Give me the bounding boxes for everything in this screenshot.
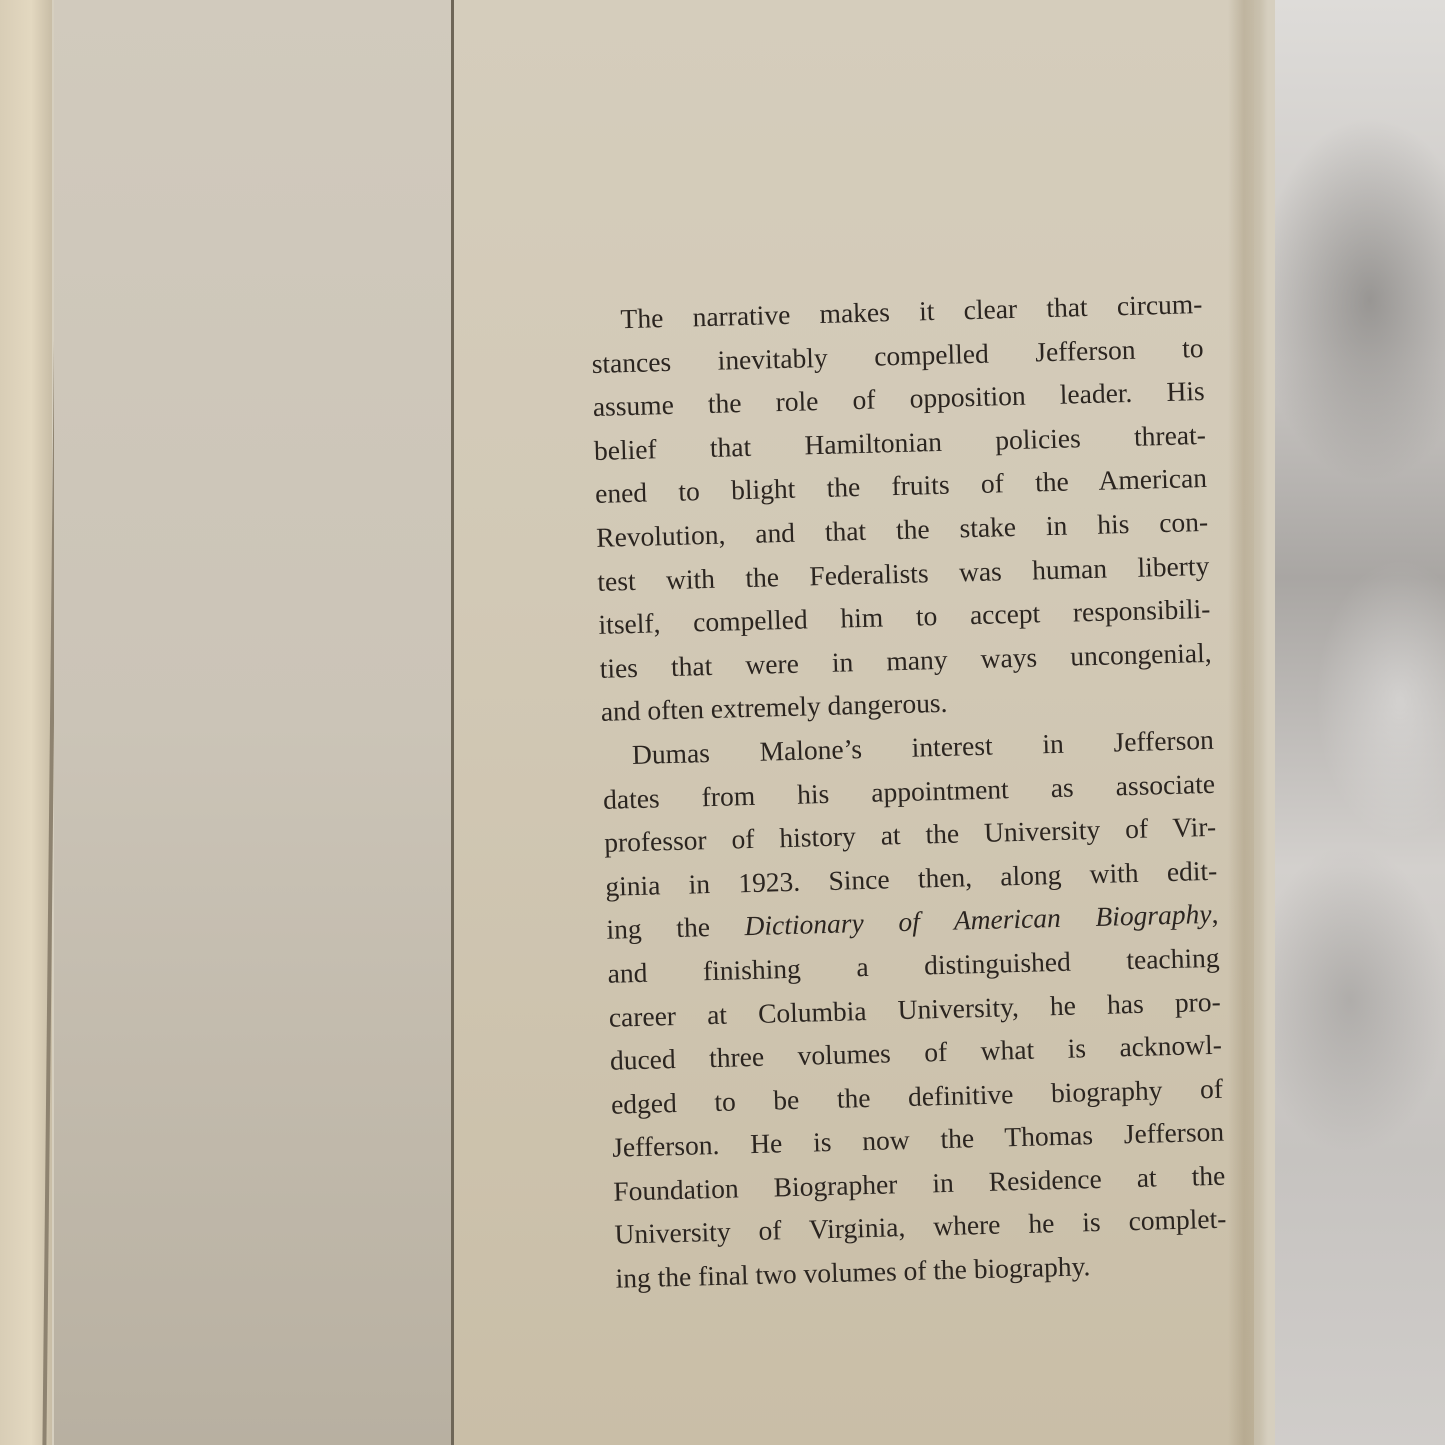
- jacket-worn-edge: [1228, 0, 1268, 1445]
- photo-scene: The narrative makes it clear that circum…: [0, 0, 1445, 1445]
- paragraph-author-bio: Dumas Malone’s interest in Jefferson dat…: [601, 718, 1228, 1301]
- paragraph-narrative: The narrative makes it clear that circum…: [590, 282, 1213, 734]
- flap-text: The narrative makes it clear that circum…: [590, 282, 1228, 1300]
- text-line-suffix: ,: [1211, 898, 1219, 929]
- book-title-italic: Dictionary of American Biography: [744, 898, 1212, 941]
- text-line-prefix: ing the: [606, 910, 745, 945]
- background-cloth: [1250, 0, 1445, 1445]
- book: The narrative makes it clear that circum…: [0, 0, 1275, 1445]
- endpaper: [54, 0, 451, 1445]
